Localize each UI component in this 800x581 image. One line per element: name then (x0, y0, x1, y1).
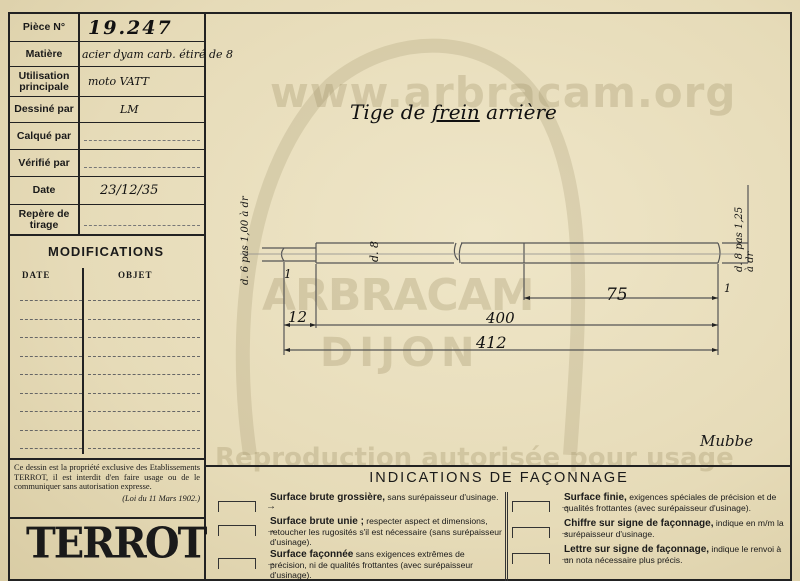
letter-on-sign-icon: → (512, 546, 558, 564)
dim-diameter: d. 8 (368, 241, 381, 262)
indication-item-title: Surface façonnée (270, 549, 353, 560)
indication-item-title: Lettre sur signe de façonnage, (564, 544, 709, 555)
indication-item: Surface brute unie ; respecter aspect et… (270, 516, 502, 547)
indication-item-title: Surface finie, (564, 492, 627, 503)
indication-item: Surface finie, exigences spéciales de pr… (564, 492, 792, 513)
part-drawing (0, 0, 800, 460)
terrot-logo: TERROT (26, 519, 186, 568)
signature: Mubbe (700, 432, 753, 450)
indications-title: INDICATIONS DE FAÇONNAGE (206, 470, 792, 486)
indication-item: Lettre sur signe de façonnage, indique l… (564, 544, 792, 565)
indication-item: Surface façonnée sans exigences extrêmes… (270, 549, 502, 580)
dim-chamfer-left: 1 (284, 267, 292, 281)
machined-surface-icon: → (218, 551, 264, 569)
indications-separator (505, 492, 508, 581)
legal-text: Ce dessin est la propriété exclusive des… (14, 463, 200, 492)
dim-12: 12 (288, 308, 307, 326)
indication-item-title: Chiffre sur signe de façonnage, (564, 518, 713, 529)
rough-surface-icon: → (218, 494, 264, 512)
legal-law: (Loi du 11 Mars 1902.) (14, 494, 200, 504)
dim-400: 400 (486, 309, 515, 327)
dim-412: 412 (476, 333, 507, 352)
dim-thread-left: d. 6 pas 1,00 à dr (240, 196, 251, 285)
number-on-sign-icon: → (512, 520, 558, 538)
indication-item-title: Surface brute unie ; (270, 516, 364, 527)
indication-item-text: sans surépaisseur d'usinage. (385, 492, 498, 502)
smooth-raw-surface-icon: → (218, 518, 264, 536)
indication-item: Surface brute grossière, sans surépaisse… (270, 492, 502, 503)
finished-surface-icon: → (512, 494, 558, 512)
dim-chamfer-right: 1 (724, 282, 731, 295)
indication-item-title: Surface brute grossière, (270, 492, 385, 503)
dim-75: 75 (606, 285, 628, 305)
indication-item: Chiffre sur signe de façonnage, indique … (564, 518, 792, 539)
legal-notice: Ce dessin est la propriété exclusive des… (10, 458, 204, 519)
dim-thread-right: d. 8 pas 1,25 à dr (734, 206, 756, 272)
